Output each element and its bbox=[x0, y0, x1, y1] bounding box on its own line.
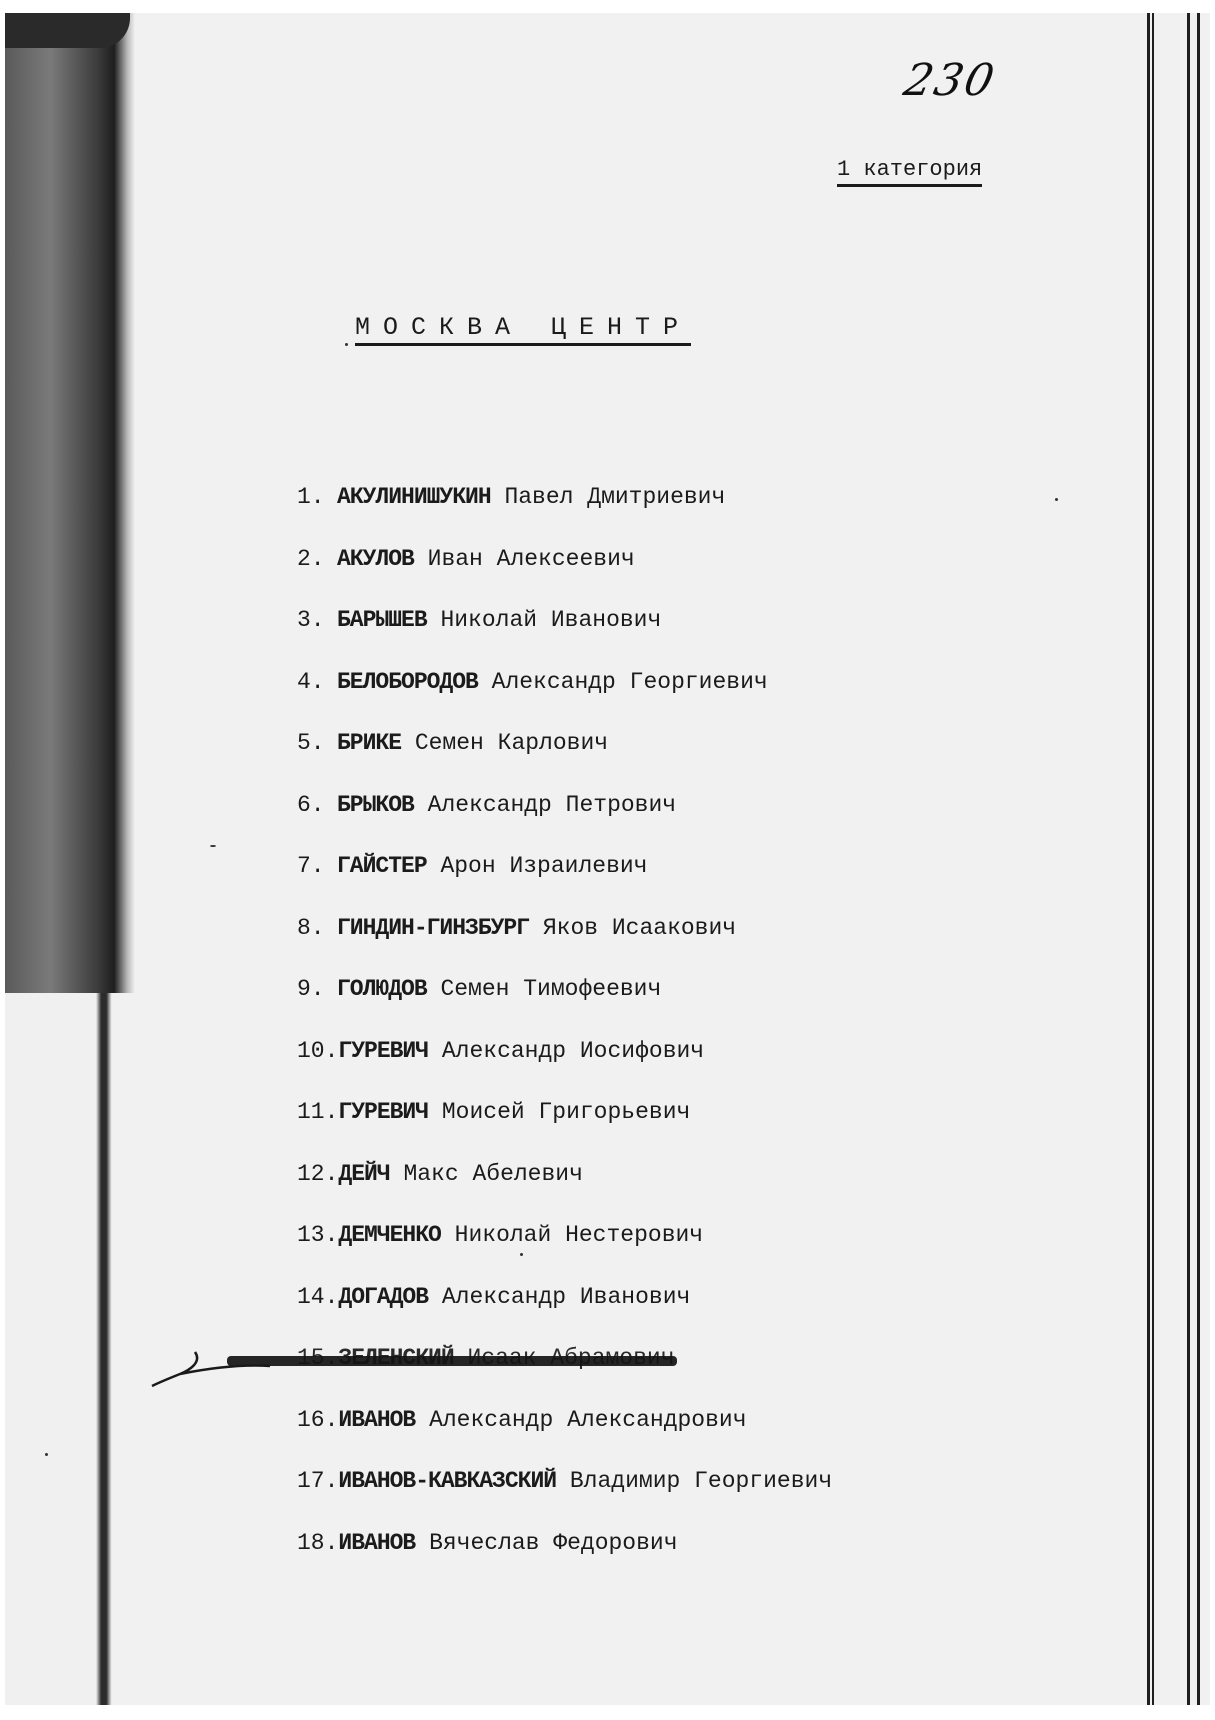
entry-given-names: Александр Александрович bbox=[429, 1407, 746, 1433]
entry-surname: БРИКЕ bbox=[337, 730, 401, 756]
entry-text: 10.ГУРЕВИЧ Александр Иосифович bbox=[297, 1038, 704, 1064]
list-item-struck: 15.ЗЕЛЕНСКИЙ Исаак Абрамович bbox=[297, 1343, 832, 1405]
entry-text: 12.ДЕЙЧ Макс Абелевич bbox=[297, 1161, 583, 1187]
handwritten-page-number: 230 bbox=[900, 55, 1001, 106]
binding-corner bbox=[5, 13, 130, 48]
list-item: 1.АКУЛИНИШУКИН Павел Дмитриевич bbox=[297, 482, 832, 544]
entry-surname: ЗЕЛЕНСКИЙ bbox=[338, 1345, 453, 1371]
list-item: 17.ИВАНОВ-КАВКАЗСКИЙ Владимир Георгиевич bbox=[297, 1466, 832, 1528]
entry-text: 5.БРИКЕ Семен Карлович bbox=[297, 730, 608, 756]
entry-number: 17. bbox=[297, 1466, 338, 1496]
entry-surname: ИВАНОВ bbox=[338, 1530, 415, 1556]
entry-text: 11.ГУРЕВИЧ Моисей Григорьевич bbox=[297, 1099, 690, 1125]
entry-text: 13.ДЕМЧЕНКО Николай Нестерович bbox=[297, 1222, 703, 1248]
entry-number: 13. bbox=[297, 1220, 338, 1250]
entry-text: 18.ИВАНОВ Вячеслав Федорович bbox=[297, 1530, 678, 1556]
name-list: 1.АКУЛИНИШУКИН Павел Дмитриевич2.АКУЛОВ … bbox=[297, 482, 832, 1589]
entry-text: 8.ГИНДИН-ГИНЗБУРГ Яков Исаакович bbox=[297, 915, 736, 941]
entry-number: 11. bbox=[297, 1097, 338, 1127]
entry-text: 9.ГОЛЮДОВ Семен Тимофеевич bbox=[297, 976, 661, 1002]
entry-number: 8. bbox=[297, 913, 337, 943]
margin-rule-line bbox=[1147, 13, 1150, 1705]
entry-given-names: Николай Иванович bbox=[440, 607, 661, 633]
entry-number: 6. bbox=[297, 790, 337, 820]
entry-surname: БАРЫШЕВ bbox=[337, 607, 427, 633]
entry-given-names: Моисей Григорьевич bbox=[442, 1099, 690, 1125]
entry-surname: ГОЛЮДОВ bbox=[337, 976, 427, 1002]
entry-number: 7. bbox=[297, 851, 337, 881]
entry-given-names: Александр Иосифович bbox=[442, 1038, 704, 1064]
list-item: 9.ГОЛЮДОВ Семен Тимофеевич bbox=[297, 974, 832, 1036]
list-item: 8.ГИНДИН-ГИНЗБУРГ Яков Исаакович bbox=[297, 913, 832, 975]
list-item: 13.ДЕМЧЕНКО Николай Нестерович bbox=[297, 1220, 832, 1282]
entry-text: 16.ИВАНОВ Александр Александрович bbox=[297, 1407, 747, 1433]
entry-surname: ГУРЕВИЧ bbox=[338, 1099, 428, 1125]
entry-number: 4. bbox=[297, 667, 337, 697]
entry-surname: ДЕЙЧ bbox=[338, 1161, 389, 1187]
entry-surname: БРЫКОВ bbox=[337, 792, 414, 818]
margin-rule-line bbox=[1187, 13, 1190, 1705]
entry-surname: ДЕМЧЕНКО bbox=[338, 1222, 440, 1248]
entry-text: 15.ЗЕЛЕНСКИЙ Исаак Абрамович bbox=[297, 1345, 675, 1371]
entry-given-names: Александр Петрович bbox=[428, 792, 676, 818]
scan-speck bbox=[1055, 498, 1058, 501]
entry-given-names: Александр Иванович bbox=[442, 1284, 690, 1310]
strike-scribble-mark bbox=[150, 1340, 350, 1390]
list-item: 4.БЕЛОБОРОДОВ Александр Георгиевич bbox=[297, 667, 832, 729]
entry-surname: ИВАНОВ bbox=[338, 1407, 415, 1433]
entry-surname: ГУРЕВИЧ bbox=[338, 1038, 428, 1064]
entry-given-names: Макс Абелевич bbox=[403, 1161, 582, 1187]
entry-number: 12. bbox=[297, 1159, 338, 1189]
scan-speck bbox=[345, 343, 348, 346]
entry-text: 14.ДОГАДОВ Александр Иванович bbox=[297, 1284, 690, 1310]
list-item: 6.БРЫКОВ Александр Петрович bbox=[297, 790, 832, 852]
entry-text: 6.БРЫКОВ Александр Петрович bbox=[297, 792, 676, 818]
entry-number: 14. bbox=[297, 1282, 338, 1312]
entry-given-names: Яков Исаакович bbox=[543, 915, 736, 941]
entry-surname: АКУЛОВ bbox=[337, 546, 414, 572]
entry-given-names: Иван Алексеевич bbox=[428, 546, 635, 572]
list-item: 12.ДЕЙЧ Макс Абелевич bbox=[297, 1159, 832, 1221]
entry-text: 1.АКУЛИНИШУКИН Павел Дмитриевич bbox=[297, 484, 725, 510]
binding-edge bbox=[5, 993, 135, 1705]
list-item: 3.БАРЫШЕВ Николай Иванович bbox=[297, 605, 832, 667]
list-item: 7.ГАЙСТЕР Арон Израилевич bbox=[297, 851, 832, 913]
entry-number: 10. bbox=[297, 1036, 338, 1066]
list-item: 10.ГУРЕВИЧ Александр Иосифович bbox=[297, 1036, 832, 1098]
entry-surname: ИВАНОВ-КАВКАЗСКИЙ bbox=[338, 1468, 556, 1494]
list-item: 5.БРИКЕ Семен Карлович bbox=[297, 728, 832, 790]
entry-number: 1. bbox=[297, 482, 337, 512]
margin-rule-line bbox=[1152, 13, 1154, 1705]
entry-surname: ДОГАДОВ bbox=[338, 1284, 428, 1310]
entry-given-names: Арон Израилевич bbox=[440, 853, 647, 879]
entry-given-names: Павел Дмитриевич bbox=[504, 484, 725, 510]
entry-number: 5. bbox=[297, 728, 337, 758]
margin-rule-line bbox=[1197, 13, 1200, 1705]
list-item: 2.АКУЛОВ Иван Алексеевич bbox=[297, 544, 832, 606]
entry-given-names: Семен Карлович bbox=[415, 730, 608, 756]
entry-text: 17.ИВАНОВ-КАВКАЗСКИЙ Владимир Георгиевич bbox=[297, 1468, 832, 1494]
list-item: 16.ИВАНОВ Александр Александрович bbox=[297, 1405, 832, 1467]
entry-number: 3. bbox=[297, 605, 337, 635]
entry-number: 2. bbox=[297, 544, 337, 574]
entry-surname: АКУЛИНИШУКИН bbox=[337, 484, 491, 510]
entry-given-names: Владимир Георгиевич bbox=[570, 1468, 832, 1494]
entry-given-names: Исаак Абрамович bbox=[467, 1345, 674, 1371]
list-item: 11.ГУРЕВИЧ Моисей Григорьевич bbox=[297, 1097, 832, 1159]
entry-given-names: Вячеслав Федорович bbox=[429, 1530, 677, 1556]
entry-given-names: Александр Георгиевич bbox=[492, 669, 768, 695]
entry-surname: ГИНДИН-ГИНЗБУРГ bbox=[337, 915, 529, 941]
entry-given-names: Семен Тимофеевич bbox=[440, 976, 661, 1002]
entry-number: 18. bbox=[297, 1528, 338, 1558]
entry-text: 3.БАРЫШЕВ Николай Иванович bbox=[297, 607, 661, 633]
scan-speck bbox=[210, 845, 216, 847]
entry-surname: БЕЛОБОРОДОВ bbox=[337, 669, 478, 695]
entry-text: 2.АКУЛОВ Иван Алексеевич bbox=[297, 546, 635, 572]
category-label: 1 категория bbox=[837, 157, 982, 187]
entry-given-names: Николай Нестерович bbox=[455, 1222, 703, 1248]
scan-speck bbox=[45, 1453, 48, 1456]
entry-text: 7.ГАЙСТЕР Арон Израилевич bbox=[297, 853, 647, 879]
entry-number: 9. bbox=[297, 974, 337, 1004]
list-item: 18.ИВАНОВ Вячеслав Федорович bbox=[297, 1528, 832, 1590]
entry-surname: ГАЙСТЕР bbox=[337, 853, 427, 879]
list-item: 14.ДОГАДОВ Александр Иванович bbox=[297, 1282, 832, 1344]
document-heading: МОСКВА ЦЕНТР bbox=[355, 313, 691, 346]
entry-text: 4.БЕЛОБОРОДОВ Александр Георгиевич bbox=[297, 669, 768, 695]
entry-number: 16. bbox=[297, 1405, 338, 1435]
